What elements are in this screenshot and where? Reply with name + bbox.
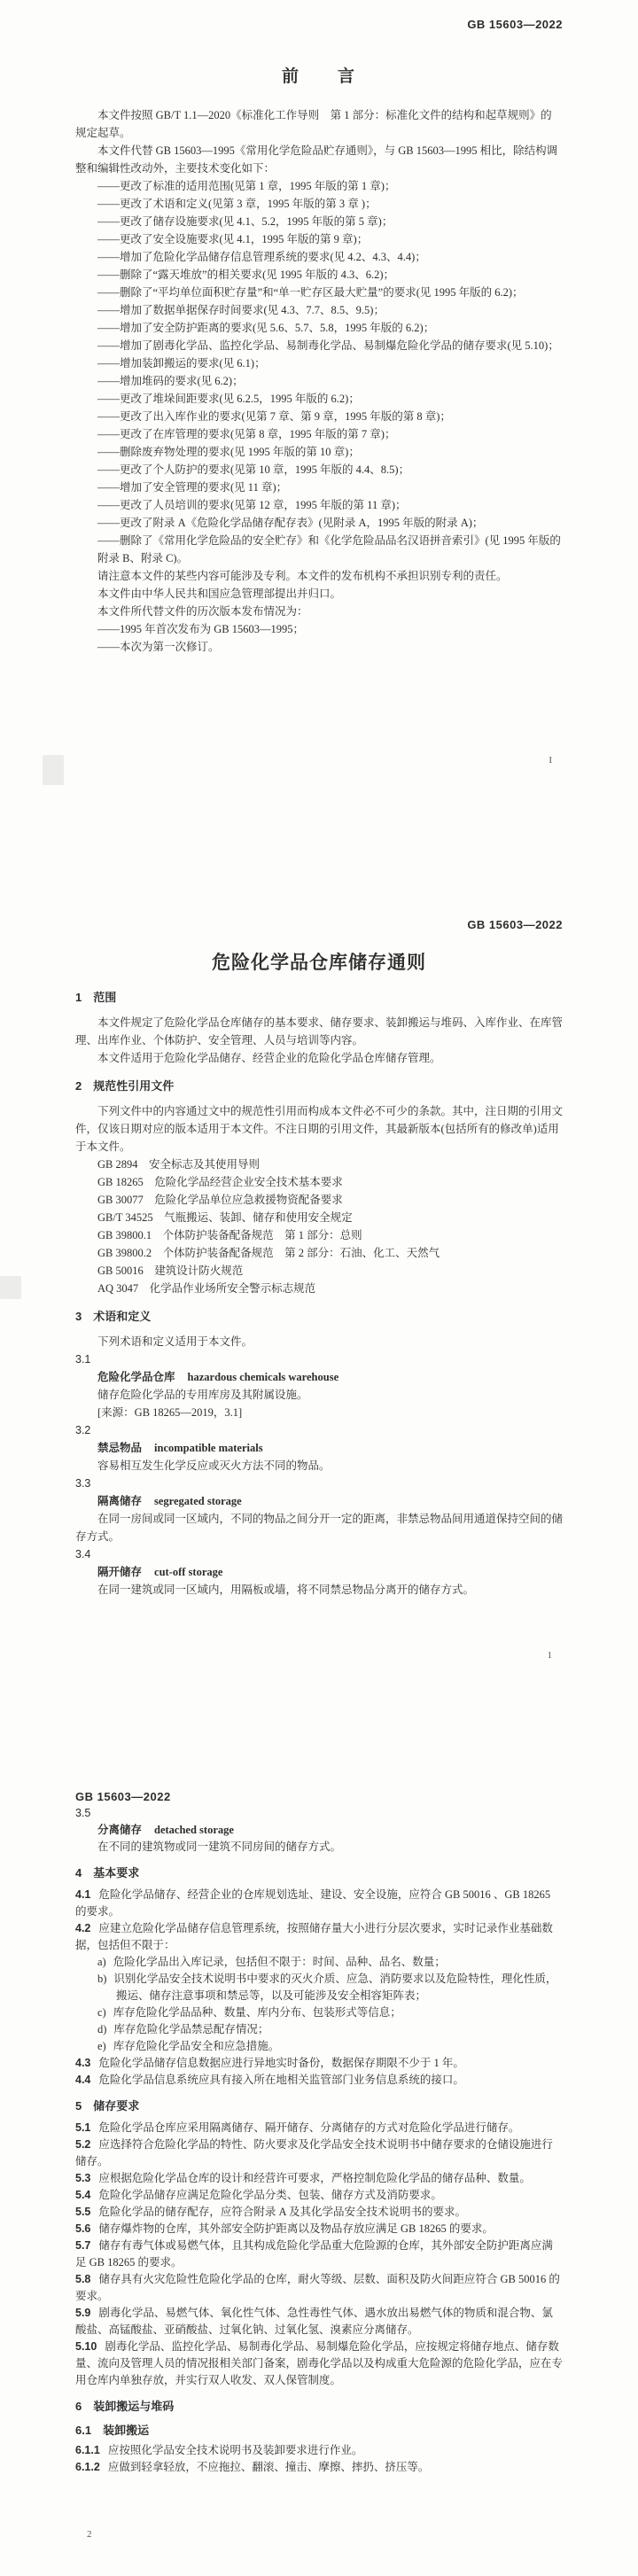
clause-text: 危险化学品储存、经营企业的仓库规划选址、建设、安全设施，应符合 GB 50016… xyxy=(75,1888,550,1918)
clause-5-1: 5.1危险化学品仓库应采用隔离储存、隔开储存、分离储存的方式对危险化学品进行储存… xyxy=(75,2120,563,2136)
subitem-label: a) xyxy=(97,1956,106,1968)
clause-5-2: 5.2应选择符合危险化学品的特性、防火要求及化学品安全技术说明书中储存要求的仓储… xyxy=(75,2136,563,2170)
clause-number: 4.3 xyxy=(75,2057,90,2069)
change-item: ——增加了剧毒化学品、监控化学品、易制毒化学品、易制爆危险化学品的储存要求(见 … xyxy=(97,337,563,354)
closing-paragraph: ——本次为第一次修订。 xyxy=(75,638,563,656)
section-2-heading: 2 规范性引用文件 xyxy=(75,1078,563,1095)
clause-number: 6.1.2 xyxy=(75,2461,100,2473)
clause-number: 5.6 xyxy=(75,2222,90,2235)
clause-text: 剧毒化学品、易燃气体、氧化性气体、急性毒性气体、遇水放出易燃气体的物质和混合物、… xyxy=(75,2307,553,2336)
section-1-paragraph: 本文件规定了危险化学品仓库储存的基本要求、储存要求、装卸搬运与堆码、入库作业、在… xyxy=(75,1014,563,1049)
change-item: ——更改了附录 A《危险化学品储存配存表》(见附录 A，1995 年版的附录 A… xyxy=(97,514,563,532)
change-item: ——增加了数据单据保存时间要求(见 4.3、7.7、8.5、9.5)； xyxy=(97,301,563,319)
term-source: [来源：GB 18265—2019，3.1] xyxy=(97,1404,563,1421)
clause-text: 危险化学品仓库应采用隔离储存、隔开储存、分离储存的方式对危险化学品进行储存。 xyxy=(98,2121,519,2134)
page-number: 2 xyxy=(87,2526,92,2543)
term-number: 3.1 xyxy=(75,1350,563,1368)
clause-number: 5.8 xyxy=(75,2273,90,2285)
term-number: 3.5 xyxy=(75,1805,563,1822)
change-item: ——更改了安全设施要求(见 4.1，1995 年版的第 9 章)； xyxy=(97,230,563,248)
term-name-zh: 隔开储存 xyxy=(97,1566,142,1578)
standard-code: GB 15603—2022 xyxy=(75,1788,563,1805)
change-item: ——更改了人员培训的要求(见第 12 章，1995 年版的第 11 章)； xyxy=(97,496,563,514)
section-5-heading: 5 储存要求 xyxy=(75,2097,563,2114)
section-2-paragraph: 下列文件中的内容通过文中的规范性引用而构成本文件必不可少的条款。其中，注日期的引… xyxy=(75,1102,563,1156)
subitem-label: e) xyxy=(97,2040,106,2052)
term-name-en: incompatible materials xyxy=(154,1442,263,1454)
clause-6-1-2: 6.1.2应做到轻拿轻放，不应拖拉、翻滚、撞击、摩擦、摔扔、挤压等。 xyxy=(75,2459,563,2476)
term-name-zh: 禁忌物品 xyxy=(97,1442,142,1454)
standard-code: GB 15603—2022 xyxy=(75,916,563,934)
closing-paragraph: ——1995 年首次发布为 GB 15603—1995； xyxy=(75,620,563,638)
change-item: ——删除废弃物处理的要求(见 1995 年版的第 10 章)； xyxy=(97,443,563,461)
term-definition: 在同一建筑或同一区域内，用隔板或墙，将不同禁忌物品分离开的储存方式。 xyxy=(75,1581,563,1599)
term-name: 危险化学品仓库hazardous chemicals warehouse xyxy=(97,1368,563,1386)
subitem-label: c) xyxy=(97,2006,106,2019)
clause-5-4: 5.4危险化学品储存应满足危险化学品分类、包装、储存方式及消防要求。 xyxy=(75,2187,563,2204)
clause-number: 5.1 xyxy=(75,2121,90,2134)
clause-5-7: 5.7储存有毒气体或易燃气体，且其构成危险化学品重大危险源的仓库，其外部安全防护… xyxy=(75,2237,563,2271)
clause-5-6: 5.6储存爆炸物的仓库，其外部安全防护距离以及物品存放应满足 GB 18265 … xyxy=(75,2221,563,2237)
page-foreword: GB 15603—2022 前 言 本文件按照 GB/T 1.1—2020《标准… xyxy=(0,0,638,895)
reference-item: GB 2894 安全标志及其使用导则 xyxy=(97,1156,563,1173)
subitem-label: b) xyxy=(97,1973,106,1985)
foreword-title: 前 言 xyxy=(75,66,563,89)
change-item: ——增加了危险化学品储存信息管理系统的要求(见 4.2、4.3、4.4)； xyxy=(97,248,563,266)
document-title: 危险化学品仓库储存通则 xyxy=(75,950,563,977)
scan-artifact xyxy=(43,755,64,785)
term-entry: 3.1 危险化学品仓库hazardous chemicals warehouse… xyxy=(75,1350,563,1421)
change-item: ——删除了《常用化学危险品的安全贮存》和《化学危险品品名汉语拼音索引》(见 19… xyxy=(97,532,563,567)
clause-number: 5.9 xyxy=(75,2307,90,2319)
change-item: ——增加装卸搬运的要求(见 6.1)； xyxy=(97,354,563,372)
section-4-heading: 4 基本要求 xyxy=(75,1864,563,1881)
change-item: ——更改了堆垛间距要求(见 6.2.5，1995 年版的 6.2)； xyxy=(97,390,563,408)
clause-number: 5.4 xyxy=(75,2189,90,2201)
closing-paragraph: 请注意本文件的某些内容可能涉及专利。本文件的发布机构不承担识别专利的责任。 xyxy=(75,567,563,585)
clause-text: 应选择符合危险化学品的特性、防火要求及化学品安全技术说明书中储存要求的仓储设施进… xyxy=(75,2138,553,2167)
clause-5-10: 5.10剧毒化学品、监控化学品、易制毒化学品、易制爆危险化学品，应按规定将储存地… xyxy=(75,2339,563,2389)
term-name-zh: 分离储存 xyxy=(97,1824,142,1836)
clause-text: 危险化学品的储存配存，应符合附录 A 及其化学品安全技术说明书的要求。 xyxy=(98,2206,466,2218)
change-item: ——删除了“平均单位面积贮存量”和“单一贮存区最大贮量”的要求(见 1995 年… xyxy=(97,284,563,301)
clause-5-3: 5.3应根据危险化学品仓库的设计和经营许可要求，严格控制危险化学品的储存品种、数… xyxy=(75,2170,563,2187)
clause-4-3: 4.3危险化学品储存信息数据应进行异地实时备份，数据保存期限不少于 1 年。 xyxy=(75,2055,563,2072)
clause-number: 6.1.1 xyxy=(75,2444,100,2456)
subitem-text: 库存危险化学品禁忌配存情况； xyxy=(113,2023,268,2035)
term-entry: 3.5 分离储存detached storage 在不同的建筑物或同一建筑不同房… xyxy=(75,1805,563,1856)
term-name-en: detached storage xyxy=(154,1824,234,1836)
term-definition: 储存危险化学品的专用库房及其附属设施。 xyxy=(75,1386,563,1404)
term-entry: 3.3 隔离储存segregated storage 在同一房间或同一区域内，不… xyxy=(75,1475,563,1545)
term-number: 3.4 xyxy=(75,1545,563,1563)
term-name-en: cut-off storage xyxy=(154,1566,222,1578)
term-definition: 在不同的建筑物或同一建筑不同房间的储存方式。 xyxy=(75,1839,563,1856)
clause-text: 应按照化学品安全技术说明书及装卸要求进行作业。 xyxy=(108,2444,363,2456)
clause-number: 4.1 xyxy=(75,1888,90,1901)
term-definition: 容易相互发生化学反应或灭火方法不同的物品。 xyxy=(75,1457,563,1475)
change-item: ——更改了个人防护的要求(见第 10 章，1995 年版的 4.4、8.5)； xyxy=(97,461,563,479)
page-scope-terms: GB 15603—2022 危险化学品仓库储存通则 1 范围 本文件规定了危险化… xyxy=(0,895,638,1774)
clause-number: 5.3 xyxy=(75,2172,90,2184)
page-number: I xyxy=(549,751,552,769)
term-name: 分离储存detached storage xyxy=(97,1822,563,1839)
change-item: ——删除了“露天堆放”的相关要求(见 1995 年版的 4.3、6.2)； xyxy=(97,266,563,284)
clause-text: 剧毒化学品、监控化学品、易制毒化学品、易制爆危险化学品，应按规定将储存地点、储存… xyxy=(75,2340,563,2386)
section-3-heading: 3 术语和定义 xyxy=(75,1308,563,1326)
clause-4-2-subitem: c)库存危险化学品品种、数量、库内分布、包装形式等信息； xyxy=(75,2004,563,2021)
clause-text: 应做到轻拿轻放，不应拖拉、翻滚、撞击、摩擦、摔扔、挤压等。 xyxy=(108,2461,430,2473)
subitem-text: 库存危险化学品安全和应急措施。 xyxy=(113,2040,280,2052)
foreword-paragraph: 本文件按照 GB/T 1.1—2020《标准化工作导则 第 1 部分：标准化文件… xyxy=(75,106,563,142)
reference-item: GB 39800.1 个体防护装备配备规范 第 1 部分：总则 xyxy=(97,1226,563,1244)
clause-text: 应建立危险化学品储存信息管理系统，按照储存量大小进行分层次要求，实时记录作业基础… xyxy=(75,1922,553,1951)
clause-number: 5.5 xyxy=(75,2206,90,2218)
clause-text: 应根据危险化学品仓库的设计和经营许可要求，严格控制危险化学品的储存品种、数量。 xyxy=(98,2172,531,2184)
clause-text: 危险化学品信息系统应具有接入所在地相关监管部门业务信息系统的接口。 xyxy=(98,2074,464,2086)
change-item: ——更改了标准的适用范围(见第 1 章，1995 年版的第 1 章)； xyxy=(97,177,563,195)
reference-item: GB 30077 危险化学品单位应急救援物资配备要求 xyxy=(97,1191,563,1209)
section-1-heading: 1 范围 xyxy=(75,989,563,1007)
section-6-1-heading: 6.1 装卸搬运 xyxy=(75,2422,563,2439)
clause-4-2-subitem: d)库存危险化学品禁忌配存情况； xyxy=(75,2021,563,2038)
term-name: 隔开储存cut-off storage xyxy=(97,1563,563,1581)
clause-text: 储存爆炸物的仓库，其外部安全防护距离以及物品存放应满足 GB 18265 的要求… xyxy=(98,2222,494,2235)
clause-4-1: 4.1危险化学品储存、经营企业的仓库规划选址、建设、安全设施，应符合 GB 50… xyxy=(75,1887,563,1920)
section-6-heading: 6 装卸搬运与堆码 xyxy=(75,2398,563,2415)
clause-4-2: 4.2应建立危险化学品储存信息管理系统，按照储存量大小进行分层次要求，实时记录作… xyxy=(75,1920,563,1954)
term-name: 隔离储存segregated storage xyxy=(97,1492,563,1510)
reference-item: GB 39800.2 个体防护装备配备规范 第 2 部分：石油、化工、天然气 xyxy=(97,1244,563,1262)
term-entry: 3.2 禁忌物品incompatible materials 容易相互发生化学反… xyxy=(75,1421,563,1475)
clause-text: 储存具有火灾危险性危险化学品的仓库，耐火等级、层数、面积及防火间距应符合 GB … xyxy=(75,2273,560,2302)
clause-text: 危险化学品储存应满足危险化学品分类、包装、储存方式及消防要求。 xyxy=(98,2189,442,2201)
scan-artifact xyxy=(0,1276,21,1299)
reference-item: GB 18265 危险化学品经营企业安全技术基本要求 xyxy=(97,1173,563,1191)
term-definition: 在同一房间或同一区域内，不同的物品之间分开一定的距离，非禁忌物品间用通道保持空间… xyxy=(75,1510,563,1545)
page-requirements: GB 15603—2022 3.5 分离储存detached storage 在… xyxy=(0,1774,638,2576)
change-item: ——更改了储存设施要求(见 4.1、5.2，1995 年版的第 5 章)； xyxy=(97,213,563,230)
change-item: ——更改了术语和定义(见第 3 章，1995 年版的第 3 章 )； xyxy=(97,195,563,213)
section-1-paragraph: 本文件适用于危险化学品储存、经营企业的危险化学品仓库储存管理。 xyxy=(75,1049,563,1067)
clause-number: 5.10 xyxy=(75,2340,97,2353)
term-name-en: hazardous chemicals warehouse xyxy=(188,1371,339,1383)
change-item: ——更改了出入库作业的要求(见第 7 章、第 9 章，1995 年版的第 8 章… xyxy=(97,408,563,425)
foreword-paragraph: 本文件代替 GB 15603—1995《常用化学危险品贮存通则》，与 GB 15… xyxy=(75,142,563,177)
clause-text: 储存有毒气体或易燃气体，且其构成危险化学品重大危险源的仓库，其外部安全防护距离应… xyxy=(75,2239,553,2269)
reference-item: GB/T 34525 气瓶搬运、装卸、储存和使用安全规定 xyxy=(97,1209,563,1226)
term-number: 3.3 xyxy=(75,1475,563,1492)
subitem-label: d) xyxy=(97,2023,106,2035)
change-item: ——更改了在库管理的要求(见第 8 章，1995 年版的第 7 章)； xyxy=(97,425,563,443)
subitem-text: 识别化学品安全技术说明书中要求的灭火介质、应急、消防要求以及危险特性，理化性质，… xyxy=(113,1973,556,2002)
clause-number: 5.2 xyxy=(75,2138,90,2151)
clause-4-2-subitem: a)危险化学品出入库记录，包括但不限于：时间、品种、品名、数量； xyxy=(75,1954,563,1971)
clause-6-1-1: 6.1.1应按照化学品安全技术说明书及装卸要求进行作业。 xyxy=(75,2442,563,2459)
clause-number: 4.2 xyxy=(75,1922,90,1934)
term-name-zh: 隔离储存 xyxy=(97,1495,142,1507)
change-item: ——增加了安全管理的要求(见 11 章)； xyxy=(97,479,563,496)
page-number: 1 xyxy=(548,1646,553,1664)
term-name-zh: 危险化学品仓库 xyxy=(97,1371,175,1383)
reference-item: AQ 3047 化学品作业场所安全警示标志规范 xyxy=(97,1280,563,1297)
change-item: ——增加了安全防护距离的要求(见 5.6、5.7、5.8，1995 年版的 6.… xyxy=(97,319,563,337)
closing-paragraph: 本文件所代替文件的历次版本发布情况为： xyxy=(75,603,563,620)
reference-item: GB 50016 建筑设计防火规范 xyxy=(97,1262,563,1280)
clause-5-5: 5.5危险化学品的储存配存，应符合附录 A 及其化学品安全技术说明书的要求。 xyxy=(75,2204,563,2221)
term-number: 3.2 xyxy=(75,1421,563,1439)
subitem-text: 危险化学品出入库记录，包括但不限于：时间、品种、品名、数量； xyxy=(113,1956,446,1968)
clause-5-8: 5.8储存具有火灾危险性危险化学品的仓库，耐火等级、层数、面积及防火间距应符合 … xyxy=(75,2271,563,2305)
clause-4-2-subitem: e)库存危险化学品安全和应急措施。 xyxy=(75,2038,563,2055)
subitem-text: 库存危险化学品品种、数量、库内分布、包装形式等信息； xyxy=(113,2006,401,2019)
closing-paragraph: 本文件由中华人民共和国应急管理部提出并归口。 xyxy=(75,585,563,603)
clause-4-2-subitem: b)识别化学品安全技术说明书中要求的灭火介质、应急、消防要求以及危险特性，理化性… xyxy=(75,1971,563,2004)
standard-code: GB 15603—2022 xyxy=(75,16,563,34)
clause-4-4: 4.4危险化学品信息系统应具有接入所在地相关监管部门业务信息系统的接口。 xyxy=(75,2072,563,2089)
change-item: ——增加堆码的要求(见 6.2)； xyxy=(97,372,563,390)
section-3-intro: 下列术语和定义适用于本文件。 xyxy=(75,1333,563,1350)
term-name-en: segregated storage xyxy=(154,1495,242,1507)
clause-number: 5.7 xyxy=(75,2239,90,2252)
clause-number: 4.4 xyxy=(75,2074,90,2086)
term-name: 禁忌物品incompatible materials xyxy=(97,1439,563,1457)
clause-text: 危险化学品储存信息数据应进行异地实时备份，数据保存期限不少于 1 年。 xyxy=(98,2057,464,2069)
term-entry: 3.4 隔开储存cut-off storage 在同一建筑或同一区域内，用隔板或… xyxy=(75,1545,563,1599)
clause-5-9: 5.9剧毒化学品、易燃气体、氧化性气体、急性毒性气体、遇水放出易燃气体的物质和混… xyxy=(75,2305,563,2339)
